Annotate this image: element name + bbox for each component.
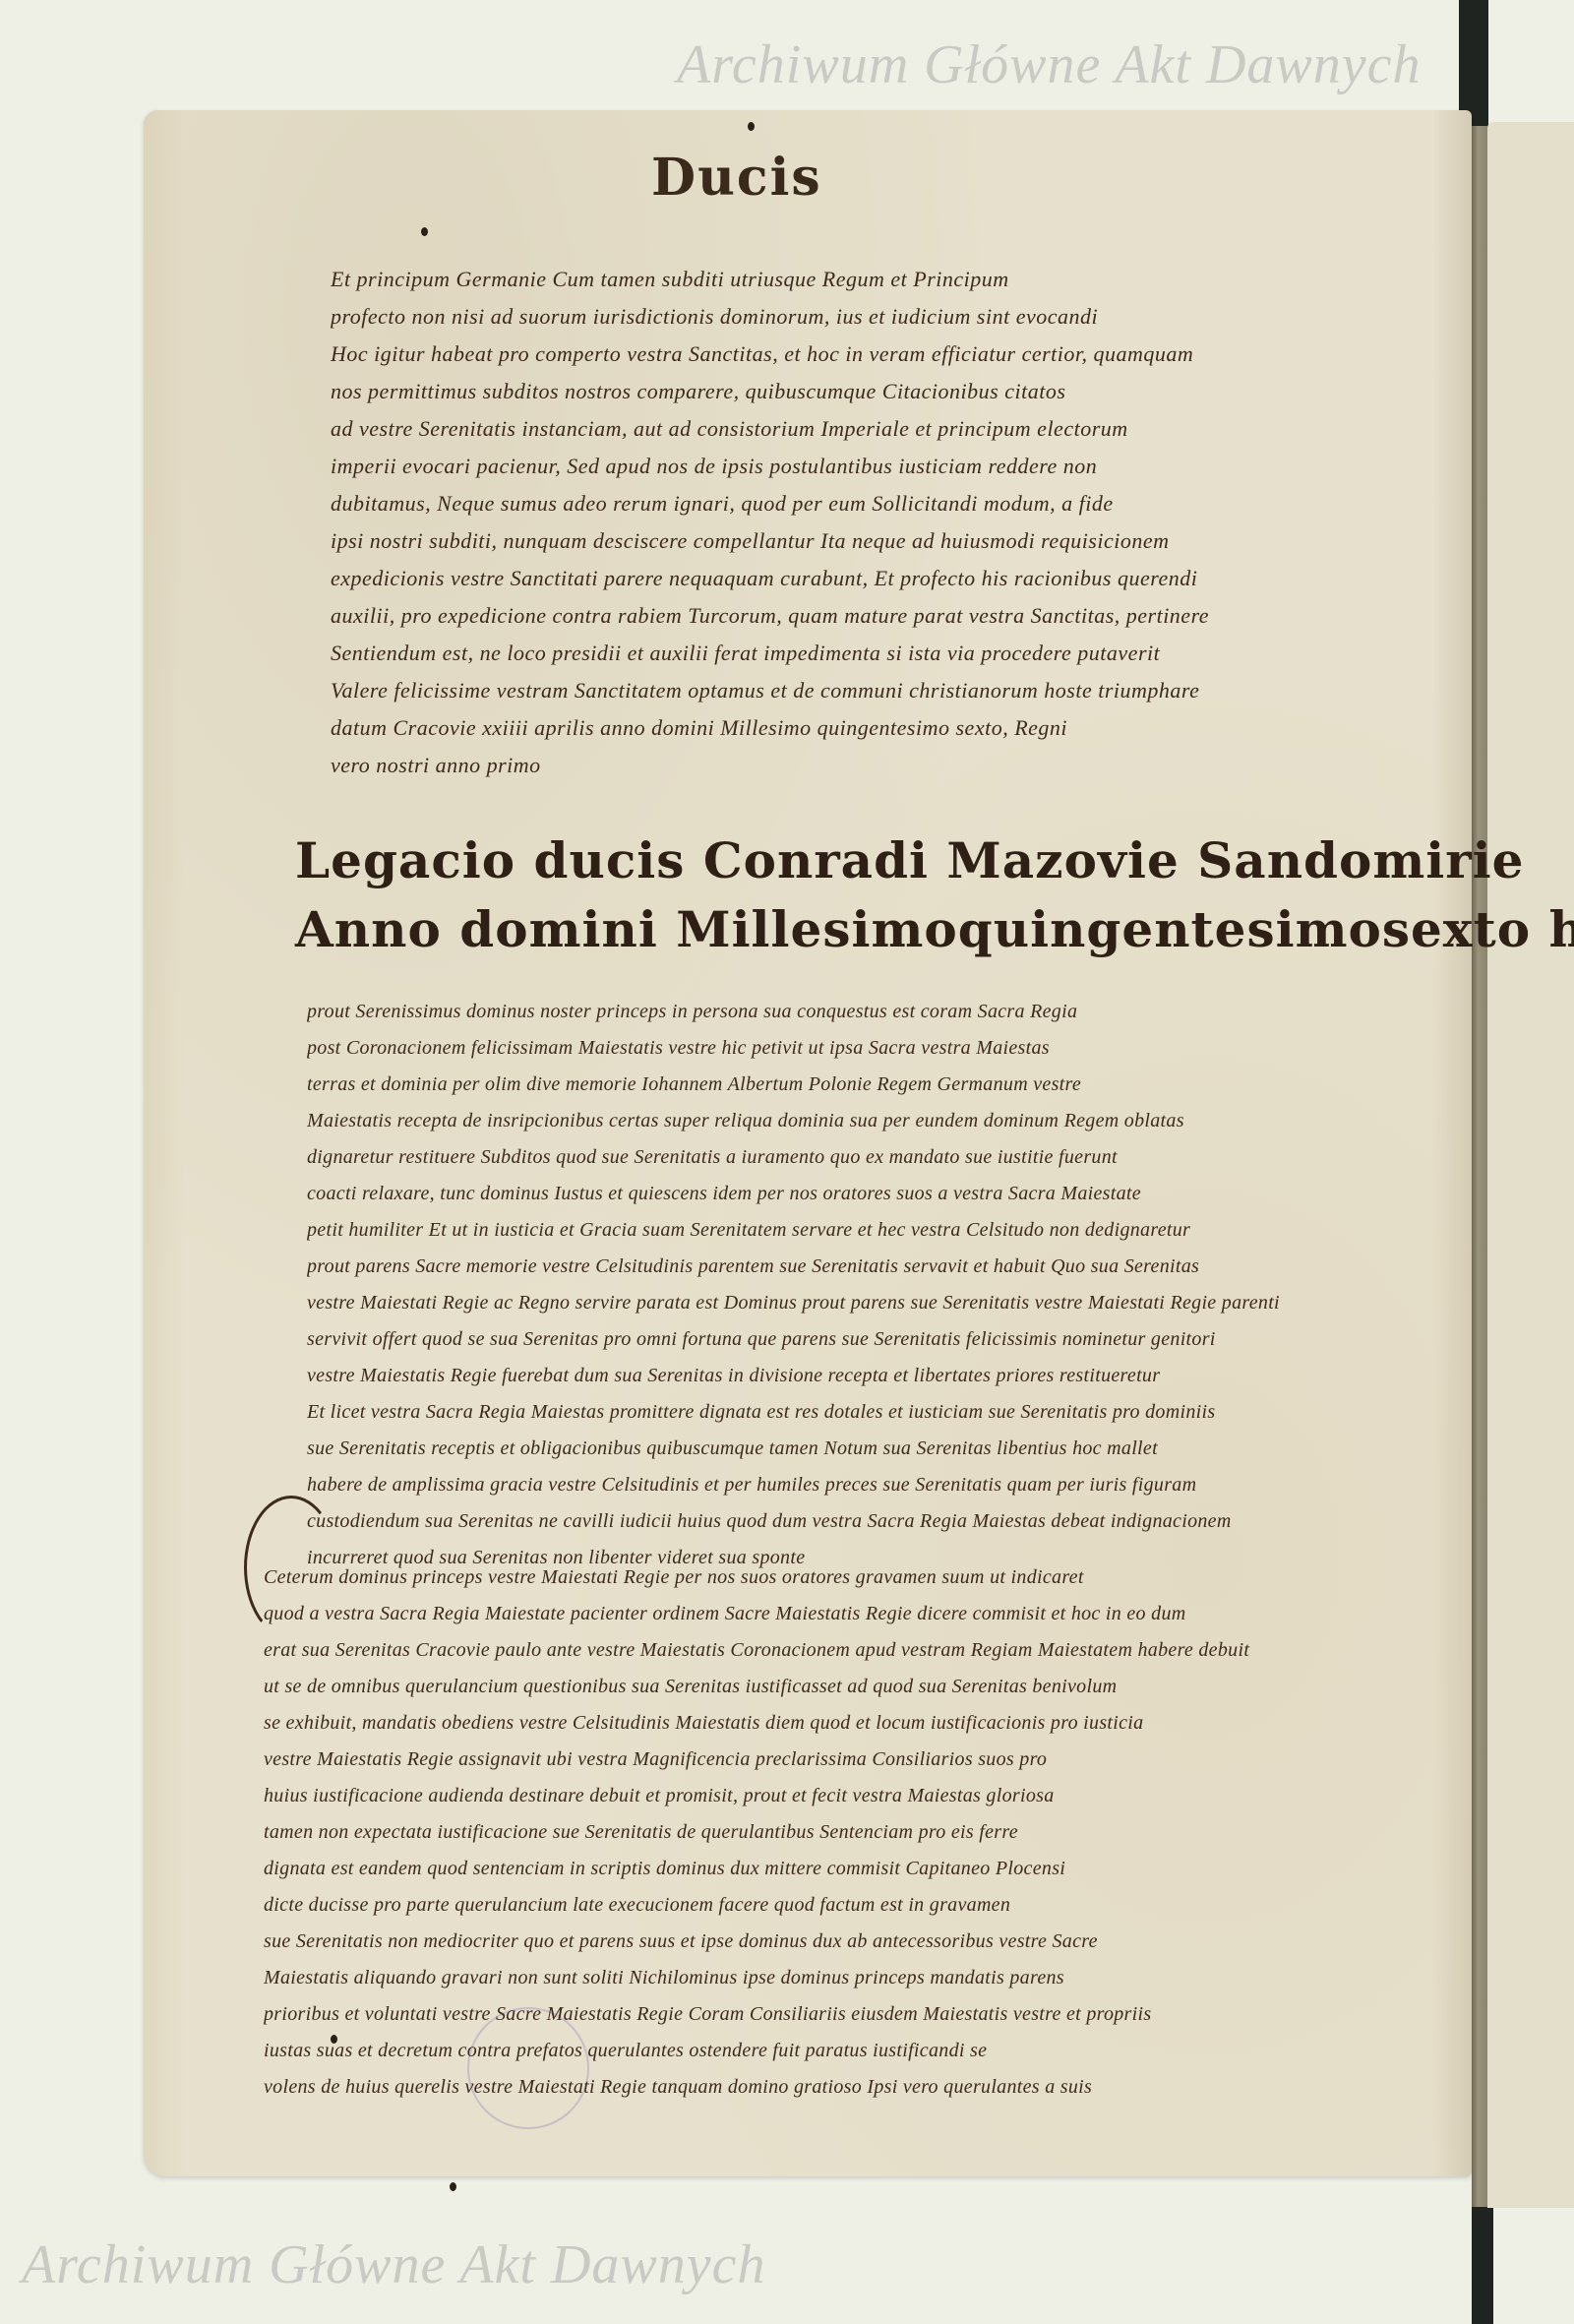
text-line: custodiendum sua Serenitas ne cavilli iu… [307,1503,1399,1540]
text-line: datum Cracovie xxiiii aprilis anno domin… [331,709,1423,747]
ink-spot [450,2182,456,2191]
text-line: ut se de omnibus querulancium questionib… [264,1669,1356,1705]
text-line: sue Serenitatis receptis et obligacionib… [307,1431,1399,1467]
text-line: quod a vestra Sacra Regia Maiestate paci… [264,1596,1356,1632]
text-line: dubitamus, Neque sumus adeo rerum ignari… [331,485,1423,522]
text-line: ipsi nostri subditi, nunquam desciscere … [331,522,1423,560]
text-line: expedicionis vestre Sanctitati parere ne… [331,560,1423,597]
text-line: nos permittimus subditos nostros compare… [331,373,1423,410]
text-line: auxilii, pro expedicione contra rabiem T… [331,597,1423,635]
archive-watermark-bottom: Archiwum Główne Akt Dawnych [22,2233,765,2296]
text-line: prout parens Sacre memorie vestre Celsit… [307,1249,1399,1285]
paragraph-grievance: Ceterum dominus princeps vestre Maiestat… [264,1560,1356,2106]
text-line: Hoc igitur habeat pro comperto vestra Sa… [331,336,1423,373]
text-line: erat sua Serenitas Cracovie paulo ante v… [264,1632,1356,1669]
text-line: volens de huius querelis vestre Maiestat… [264,2069,1356,2106]
running-header: Ducis [651,148,822,208]
title-line: Legacio ducis Conradi Mazovie Sandomirie [295,826,1436,895]
text-line: tamen non expectata iustificacione sue S… [264,1814,1356,1851]
text-line: vestre Maiestati Regie ac Regno servire … [307,1285,1399,1321]
text-line: ad vestre Serenitatis instanciam, aut ad… [331,410,1423,448]
text-line: Ceterum dominus princeps vestre Maiestat… [264,1560,1356,1596]
paragraph-letter-ending: Et principum Germanie Cum tamen subditi … [331,261,1423,784]
text-line: coacti relaxare, tunc dominus Iustus et … [307,1176,1399,1212]
text-line: vero nostri anno primo [331,747,1423,784]
text-line: servivit offert quod se sua Serenitas pr… [307,1321,1399,1358]
text-line: Maiestatis recepta de insripcionibus cer… [307,1103,1399,1139]
text-line: vestre Maiestatis Regie assignavit ubi v… [264,1742,1356,1778]
text-line: profecto non nisi ad suorum iurisdiction… [331,298,1423,336]
text-line: iustas suas et decretum contra prefatos … [264,2033,1356,2069]
text-line: Et principum Germanie Cum tamen subditi … [331,261,1423,298]
text-line: habere de amplissima gracia vestre Celsi… [307,1467,1399,1503]
text-line: Valere felicissime vestram Sanctitatem o… [331,672,1423,709]
text-line: terras et dominia per olim dive memorie … [307,1067,1399,1103]
ink-spot [421,227,428,236]
text-line: prioribus et voluntati vestre Sacre Maie… [264,1996,1356,2033]
text-line: Sentiendum est, ne loco presidii et auxi… [331,635,1423,672]
text-line: dignata est eandem quod sentenciam in sc… [264,1851,1356,1887]
text-line: imperii evocari pacienur, Sed apud nos d… [331,448,1423,485]
text-line: petit humiliter Et ut in iusticia et Gra… [307,1212,1399,1249]
text-line: prout Serenissimus dominus noster prince… [307,994,1399,1030]
archive-watermark-top: Archiwum Główne Akt Dawnych [677,33,1421,96]
section-title: Legacio ducis Conradi Mazovie Sandomirie… [295,826,1436,964]
text-line: dicte ducisse pro parte querulancium lat… [264,1887,1356,1924]
title-line: Anno domini Millesimoquingentesimosexto … [295,895,1436,964]
facing-page-edge [1487,122,1574,2208]
text-line: huius iustificacione audienda destinare … [264,1778,1356,1814]
text-line: Et licet vestra Sacra Regia Maiestas pro… [307,1394,1399,1431]
text-line: sue Serenitatis non mediocriter quo et p… [264,1924,1356,1960]
text-line: post Coronacionem felicissimam Maiestati… [307,1030,1399,1067]
text-line: se exhibuit, mandatis obediens vestre Ce… [264,1705,1356,1742]
page-gutter [1472,126,1487,2207]
paragraph-legation: prout Serenissimus dominus noster prince… [307,994,1399,1576]
text-line: dignaretur restituere Subditos quod sue … [307,1139,1399,1176]
text-line: Maiestatis aliquando gravari non sunt so… [264,1960,1356,1996]
text-line: vestre Maiestatis Regie fuerebat dum sua… [307,1358,1399,1394]
ink-spot [748,122,755,131]
